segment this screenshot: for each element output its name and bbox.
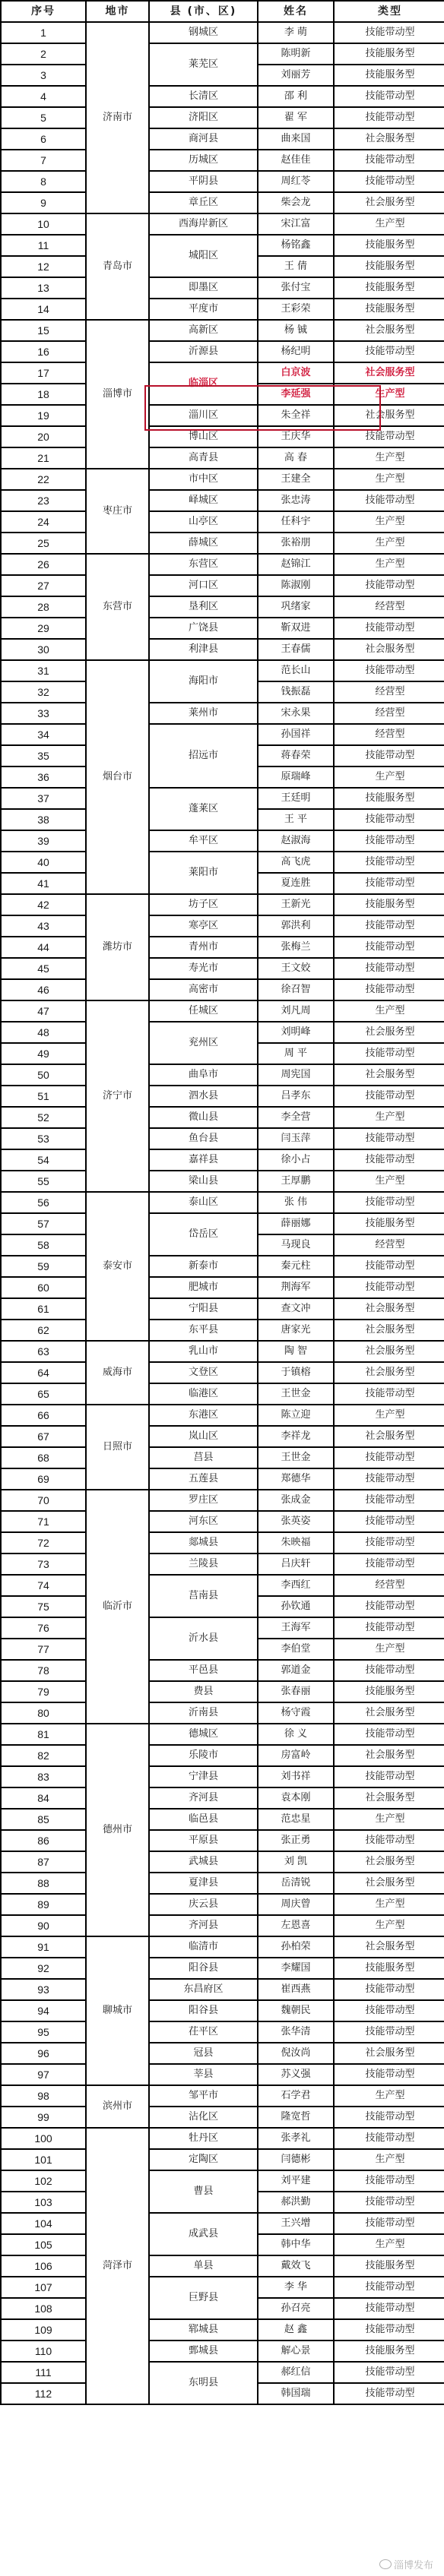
cell-index: 67 [1, 1426, 86, 1447]
cell-index: 65 [1, 1383, 86, 1405]
cell-county: 梁山县 [149, 1171, 258, 1192]
cell-city: 日照市 [86, 1405, 149, 1490]
cell-county: 曹县 [149, 2170, 258, 2213]
cell-name: 王世金 [258, 1447, 334, 1468]
cell-city: 德州市 [86, 1724, 149, 1936]
header-type: 类型 [334, 1, 444, 22]
cell-index: 102 [1, 2170, 86, 2192]
table-row: 99沾化区隆宽哲技能带动型 [1, 2107, 444, 2128]
cell-county: 山亭区 [149, 511, 258, 533]
cell-index: 52 [1, 1107, 86, 1128]
cell-name: 闫德彬 [258, 2149, 334, 2170]
cell-county: 微山县 [149, 1107, 258, 1128]
cell-type: 技能带动型 [334, 809, 444, 830]
cell-type: 技能带动型 [334, 958, 444, 979]
cell-city: 滨州市 [86, 2085, 149, 2128]
cell-type: 社会服务型 [334, 1787, 444, 1809]
cell-name: 刘丽芳 [258, 65, 334, 86]
cell-type: 技能带动型 [334, 1128, 444, 1149]
table-row: 17临淄区白京波社会服务型 [1, 362, 444, 384]
cell-name: 戴效飞 [258, 2255, 334, 2277]
cell-type: 社会服务型 [334, 1851, 444, 1873]
cell-type: 生产型 [334, 2149, 444, 2170]
table-row: 94阳谷县魏朝民技能带动型 [1, 2000, 444, 2021]
cell-type: 技能服务型 [334, 299, 444, 320]
cell-name: 刘平建 [258, 2170, 334, 2192]
cell-index: 48 [1, 1022, 86, 1043]
cell-county: 利津县 [149, 639, 258, 660]
table-row: 88夏津县岳清锐社会服务型 [1, 1873, 444, 1894]
cell-name: 刘书祥 [258, 1766, 334, 1787]
cell-name: 李西红 [258, 1575, 334, 1596]
table-row: 91聊城市临清市孙柏荣社会服务型 [1, 1936, 444, 1958]
cell-name: 荆海军 [258, 1277, 334, 1298]
cell-index: 92 [1, 1958, 86, 1979]
cell-type: 技能带动型 [334, 852, 444, 873]
table-row: 26东营市东营区赵锦江生产型 [1, 554, 444, 575]
cell-city: 威海市 [86, 1341, 149, 1405]
cell-city: 聊城市 [86, 1936, 149, 2085]
cell-index: 12 [1, 256, 86, 277]
cell-type: 社会服务型 [334, 362, 444, 384]
cell-name: 杨铭鑫 [258, 235, 334, 256]
cell-index: 89 [1, 1894, 86, 1915]
cell-type: 技能服务型 [334, 2255, 444, 2277]
cell-county: 青州市 [149, 937, 258, 958]
cell-type: 技能带动型 [334, 1149, 444, 1171]
cell-county: 巨野县 [149, 2277, 258, 2319]
cell-type: 技能带动型 [334, 830, 444, 852]
cell-type: 技能带动型 [334, 618, 444, 639]
cell-name: 李全营 [258, 1107, 334, 1128]
cell-index: 66 [1, 1405, 86, 1426]
cell-type: 技能带动型 [334, 1447, 444, 1468]
table-row: 30利津县王春儒社会服务型 [1, 639, 444, 660]
cell-index: 18 [1, 384, 86, 405]
cell-county: 阳谷县 [149, 2000, 258, 2021]
table-row: 51泗水县吕孝东技能带动型 [1, 1086, 444, 1107]
cell-county: 坊子区 [149, 894, 258, 915]
cell-county: 长清区 [149, 86, 258, 107]
cell-type: 社会服务型 [334, 1362, 444, 1383]
cell-index: 61 [1, 1298, 86, 1320]
cell-type: 技能带动型 [334, 22, 444, 43]
cell-type: 经营型 [334, 681, 444, 703]
cell-type: 经营型 [334, 1575, 444, 1596]
cell-type: 社会服务型 [334, 1702, 444, 1724]
cell-type: 技能带动型 [334, 1766, 444, 1787]
cell-name: 杨纪明 [258, 341, 334, 362]
table-row: 64文登区于镇榕社会服务型 [1, 1362, 444, 1383]
cell-county: 商河县 [149, 128, 258, 150]
cell-index: 62 [1, 1320, 86, 1341]
table-row: 102曹县刘平建技能带动型 [1, 2170, 444, 2192]
cell-county: 嘉祥县 [149, 1149, 258, 1171]
cell-type: 技能服务型 [334, 894, 444, 915]
table-row: 28垦利区巩绪家经营型 [1, 596, 444, 618]
table-row: 90齐河县左恩喜生产型 [1, 1915, 444, 1936]
cell-index: 34 [1, 724, 86, 745]
cell-county: 罗庄区 [149, 1490, 258, 1511]
cell-county: 牡丹区 [149, 2128, 258, 2149]
cell-type: 技能带动型 [334, 660, 444, 681]
cell-type: 技能服务型 [334, 2341, 444, 2362]
cell-index: 97 [1, 2064, 86, 2085]
table-row: 61宁阳县查文冲社会服务型 [1, 1298, 444, 1320]
cell-county: 牟平区 [149, 830, 258, 852]
cell-type: 社会服务型 [334, 1426, 444, 1447]
table-row: 31烟台市海阳市范长山技能带动型 [1, 660, 444, 681]
table-row: 6商河县曲来国社会服务型 [1, 128, 444, 150]
cell-index: 88 [1, 1873, 86, 1894]
cell-county: 肥城市 [149, 1277, 258, 1298]
cell-type: 生产型 [334, 1000, 444, 1022]
cell-name: 王庆华 [258, 426, 334, 447]
cell-county: 寿光市 [149, 958, 258, 979]
cell-index: 81 [1, 1724, 86, 1745]
cell-type: 技能服务型 [334, 1213, 444, 1234]
cell-county: 乐陵市 [149, 1745, 258, 1766]
cell-county: 东港区 [149, 1405, 258, 1426]
cell-index: 22 [1, 469, 86, 490]
cell-name: 宋江富 [258, 213, 334, 235]
table-row: 98滨州市邹平市石学君生产型 [1, 2085, 444, 2107]
table-row: 87武城县刘 凯社会服务型 [1, 1851, 444, 1873]
cell-type: 生产型 [334, 2085, 444, 2107]
table-row: 4长清区邵 利技能带动型 [1, 86, 444, 107]
cell-type: 技能带动型 [334, 937, 444, 958]
cell-county: 宁阳县 [149, 1298, 258, 1320]
cell-index: 84 [1, 1787, 86, 1809]
cell-county: 平原县 [149, 1830, 258, 1851]
cell-index: 16 [1, 341, 86, 362]
cell-name: 朱全祥 [258, 405, 334, 426]
cell-index: 28 [1, 596, 86, 618]
weibo-icon [379, 2559, 392, 2569]
cell-index: 77 [1, 1639, 86, 1660]
cell-name: 范长山 [258, 660, 334, 681]
cell-type: 社会服务型 [334, 1745, 444, 1766]
cell-index: 53 [1, 1128, 86, 1149]
cell-type: 社会服务型 [334, 128, 444, 150]
cell-county: 平度市 [149, 299, 258, 320]
cell-name: 周庆曾 [258, 1894, 334, 1915]
cell-index: 27 [1, 575, 86, 596]
table-row: 74莒南县李西红经营型 [1, 1575, 444, 1596]
cell-index: 100 [1, 2128, 86, 2149]
cell-index: 76 [1, 1617, 86, 1639]
cell-name: 韩中华 [258, 2234, 334, 2255]
cell-type: 社会服务型 [334, 639, 444, 660]
cell-index: 99 [1, 2107, 86, 2128]
cell-index: 107 [1, 2277, 86, 2298]
cell-type: 技能带动型 [334, 745, 444, 766]
cell-name: 柴会龙 [258, 192, 334, 213]
cell-type: 技能带动型 [334, 107, 444, 128]
cell-county: 济阳区 [149, 107, 258, 128]
cell-county: 寒亭区 [149, 915, 258, 937]
cell-name: 张春丽 [258, 1681, 334, 1702]
cell-type: 经营型 [334, 703, 444, 724]
table-row: 86平原县张正勇技能带动型 [1, 1830, 444, 1851]
cell-county: 蓬莱区 [149, 788, 258, 830]
cell-name: 周宪国 [258, 1064, 334, 1086]
cell-name: 范忠星 [258, 1809, 334, 1830]
cell-name: 陈淑刚 [258, 575, 334, 596]
cell-city: 枣庄市 [86, 469, 149, 554]
cell-type: 技能带动型 [334, 575, 444, 596]
cell-county: 邹平市 [149, 2085, 258, 2107]
cell-name: 吕孝东 [258, 1086, 334, 1107]
cell-index: 50 [1, 1064, 86, 1086]
cell-county: 宁津县 [149, 1766, 258, 1787]
cell-county: 东营区 [149, 554, 258, 575]
table-row: 84齐河县袁本刚社会服务型 [1, 1787, 444, 1809]
cell-name: 李延强 [258, 384, 334, 405]
cell-index: 87 [1, 1851, 86, 1873]
cell-city: 东营市 [86, 554, 149, 660]
cell-type: 技能带动型 [334, 2170, 444, 2192]
watermark: 淄博发布 [379, 2557, 433, 2571]
cell-type: 社会服务型 [334, 1873, 444, 1894]
cell-name: 查文冲 [258, 1298, 334, 1320]
cell-type: 经营型 [334, 724, 444, 745]
cell-type: 技能带动型 [334, 1532, 444, 1554]
cell-county: 东昌府区 [149, 1979, 258, 2000]
table-row: 8平阴县周红苓技能带动型 [1, 171, 444, 192]
cell-county: 临邑县 [149, 1809, 258, 1830]
cell-county: 莱州市 [149, 703, 258, 724]
cell-name: 赵 鑫 [258, 2319, 334, 2341]
table-row: 29广饶县靳双进技能带动型 [1, 618, 444, 639]
cell-type: 技能带动型 [334, 1830, 444, 1851]
cell-name: 王文姣 [258, 958, 334, 979]
cell-type: 技能服务型 [334, 256, 444, 277]
table-row: 10青岛市西海岸新区宋江富生产型 [1, 213, 444, 235]
cell-type: 技能带动型 [334, 979, 444, 1000]
cell-type: 技能带动型 [334, 1617, 444, 1639]
cell-type: 生产型 [334, 766, 444, 788]
cell-county: 钢城区 [149, 22, 258, 43]
cell-name: 唐家光 [258, 1320, 334, 1341]
cell-index: 4 [1, 86, 86, 107]
cell-index: 8 [1, 171, 86, 192]
cell-city: 济宁市 [86, 1000, 149, 1192]
cell-type: 技能带动型 [334, 150, 444, 171]
cell-name: 王建全 [258, 469, 334, 490]
cell-county: 沂水县 [149, 1617, 258, 1660]
cell-index: 19 [1, 405, 86, 426]
cell-index: 68 [1, 1447, 86, 1468]
cell-type: 社会服务型 [334, 405, 444, 426]
cell-index: 110 [1, 2341, 86, 2362]
cell-name: 张华清 [258, 2021, 334, 2043]
cell-county: 鱼台县 [149, 1128, 258, 1149]
cell-type: 生产型 [334, 1405, 444, 1426]
cell-city: 烟台市 [86, 660, 149, 894]
cell-name: 李耀国 [258, 1958, 334, 1979]
cell-county: 高新区 [149, 320, 258, 341]
cell-index: 51 [1, 1086, 86, 1107]
cell-type: 技能带动型 [334, 1277, 444, 1298]
table-row: 46高密市徐召智技能带动型 [1, 979, 444, 1000]
cell-type: 技能带动型 [334, 171, 444, 192]
table-row: 1济南市钢城区李 萌技能带动型 [1, 22, 444, 43]
cell-county: 东明县 [149, 2362, 258, 2404]
cell-index: 1 [1, 22, 86, 43]
cell-county: 莱芜区 [149, 43, 258, 86]
cell-type: 生产型 [334, 1639, 444, 1660]
cell-type: 社会服务型 [334, 1298, 444, 1320]
cell-name: 秦元柱 [258, 1256, 334, 1277]
cell-index: 59 [1, 1256, 86, 1277]
cell-index: 45 [1, 958, 86, 979]
table-row: 47济宁市任城区刘凡周生产型 [1, 1000, 444, 1022]
cell-name: 王海军 [258, 1617, 334, 1639]
cell-county: 乳山市 [149, 1341, 258, 1362]
table-row: 19淄川区朱全祥社会服务型 [1, 405, 444, 426]
cell-county: 齐河县 [149, 1915, 258, 1936]
cell-index: 33 [1, 703, 86, 724]
cell-name: 曲来国 [258, 128, 334, 150]
cell-name: 高飞虎 [258, 852, 334, 873]
table-row: 82乐陵市房富岭社会服务型 [1, 1745, 444, 1766]
cell-index: 93 [1, 1979, 86, 2000]
cell-county: 淄川区 [149, 405, 258, 426]
cell-name: 张梅兰 [258, 937, 334, 958]
table-row: 68莒县王世金技能带动型 [1, 1447, 444, 1468]
cell-name: 原瑞峰 [258, 766, 334, 788]
cell-county: 曲阜市 [149, 1064, 258, 1086]
table-row: 45寿光市王文姣技能带动型 [1, 958, 444, 979]
cell-county: 广饶县 [149, 618, 258, 639]
table-row: 89庆云县周庆曾生产型 [1, 1894, 444, 1915]
cell-type: 技能服务型 [334, 65, 444, 86]
cell-name: 夏连胜 [258, 873, 334, 894]
cell-name: 邵 利 [258, 86, 334, 107]
cell-index: 54 [1, 1149, 86, 1171]
table-row: 25薛城区张裕朋生产型 [1, 533, 444, 554]
cell-county: 兰陵县 [149, 1554, 258, 1575]
cell-county: 博山区 [149, 426, 258, 447]
cell-type: 技能带动型 [334, 426, 444, 447]
table-row: 101定陶区闫德彬生产型 [1, 2149, 444, 2170]
cell-name: 杨守霞 [258, 1702, 334, 1724]
table-row: 53鱼台县闫玉萍技能带动型 [1, 1128, 444, 1149]
cell-name: 隆宽哲 [258, 2107, 334, 2128]
cell-index: 10 [1, 213, 86, 235]
cell-name: 孙柏荣 [258, 1936, 334, 1958]
cell-index: 60 [1, 1277, 86, 1298]
cell-name: 郭道金 [258, 1660, 334, 1681]
cell-index: 82 [1, 1745, 86, 1766]
cell-name: 张 伟 [258, 1192, 334, 1213]
cell-type: 技能带动型 [334, 2277, 444, 2298]
cell-name: 杨 铖 [258, 320, 334, 341]
cell-name: 张付宝 [258, 277, 334, 299]
cell-index: 94 [1, 2000, 86, 2021]
cell-type: 技能带动型 [334, 1468, 444, 1490]
cell-name: 王 倩 [258, 256, 334, 277]
cell-type: 生产型 [334, 213, 444, 235]
cell-index: 46 [1, 979, 86, 1000]
cell-name: 刘明峰 [258, 1022, 334, 1043]
cell-county: 莒县 [149, 1447, 258, 1468]
table-row: 40莱阳市高飞虎技能带动型 [1, 852, 444, 873]
cell-county: 薛城区 [149, 533, 258, 554]
table-row: 43寒亭区郭洪利技能带动型 [1, 915, 444, 937]
cell-type: 技能带动型 [334, 1596, 444, 1617]
cell-name: 解心景 [258, 2341, 334, 2362]
cell-name: 王春儒 [258, 639, 334, 660]
cell-name: 李伯堂 [258, 1639, 334, 1660]
cell-index: 71 [1, 1511, 86, 1532]
cell-name: 王彩荣 [258, 299, 334, 320]
cell-type: 生产型 [334, 1171, 444, 1192]
table-row: 83宁津县刘书祥技能带动型 [1, 1766, 444, 1787]
cell-index: 44 [1, 937, 86, 958]
cell-index: 69 [1, 1468, 86, 1490]
cell-index: 112 [1, 2383, 86, 2404]
cell-name: 周红苓 [258, 171, 334, 192]
table-row: 11城阳区杨铭鑫技能服务型 [1, 235, 444, 256]
cell-index: 7 [1, 150, 86, 171]
cell-name: 岳清锐 [258, 1873, 334, 1894]
cell-index: 108 [1, 2298, 86, 2319]
cell-type: 技能带动型 [334, 341, 444, 362]
cell-index: 23 [1, 490, 86, 511]
cell-name: 房富岭 [258, 1745, 334, 1766]
cell-county: 冠县 [149, 2043, 258, 2064]
cell-county: 东平县 [149, 1320, 258, 1341]
cell-county: 鄄城县 [149, 2341, 258, 2362]
cell-name: 李 华 [258, 2277, 334, 2298]
cell-type: 技能带动型 [334, 2021, 444, 2043]
cell-type: 技能服务型 [334, 277, 444, 299]
cell-type: 社会服务型 [334, 1064, 444, 1086]
cell-type: 技能带动型 [334, 915, 444, 937]
cell-county: 临港区 [149, 1383, 258, 1405]
cell-name: 郑德华 [258, 1468, 334, 1490]
cell-city: 菏泽市 [86, 2128, 149, 2404]
cell-type: 生产型 [334, 1915, 444, 1936]
watermark-text: 淄博发布 [394, 2557, 433, 2571]
cell-name: 李祥龙 [258, 1426, 334, 1447]
cell-name: 赵淑海 [258, 830, 334, 852]
cell-type: 生产型 [334, 447, 444, 469]
cell-county: 单县 [149, 2255, 258, 2277]
cell-index: 55 [1, 1171, 86, 1192]
cell-county: 郯城县 [149, 1532, 258, 1554]
header-county: 县 (市、区) [149, 1, 258, 22]
cell-name: 倪汝尚 [258, 2043, 334, 2064]
cell-index: 11 [1, 235, 86, 256]
header-name: 姓名 [258, 1, 334, 22]
cell-name: 赵锦江 [258, 554, 334, 575]
cell-name: 李 萌 [258, 22, 334, 43]
table-row: 111东明县郝红信技能带动型 [1, 2362, 444, 2383]
cell-index: 31 [1, 660, 86, 681]
cell-name: 吕庆轩 [258, 1554, 334, 1575]
cell-county: 郓城县 [149, 2319, 258, 2341]
table-row: 55梁山县王厚鹏生产型 [1, 1171, 444, 1192]
cell-type: 经营型 [334, 1234, 444, 1256]
table-row: 34招远市孙国祥经营型 [1, 724, 444, 745]
header-index: 序号 [1, 1, 86, 22]
cell-name: 刘凡周 [258, 1000, 334, 1022]
cell-county: 茌平区 [149, 2021, 258, 2043]
cell-county: 齐河县 [149, 1787, 258, 1809]
